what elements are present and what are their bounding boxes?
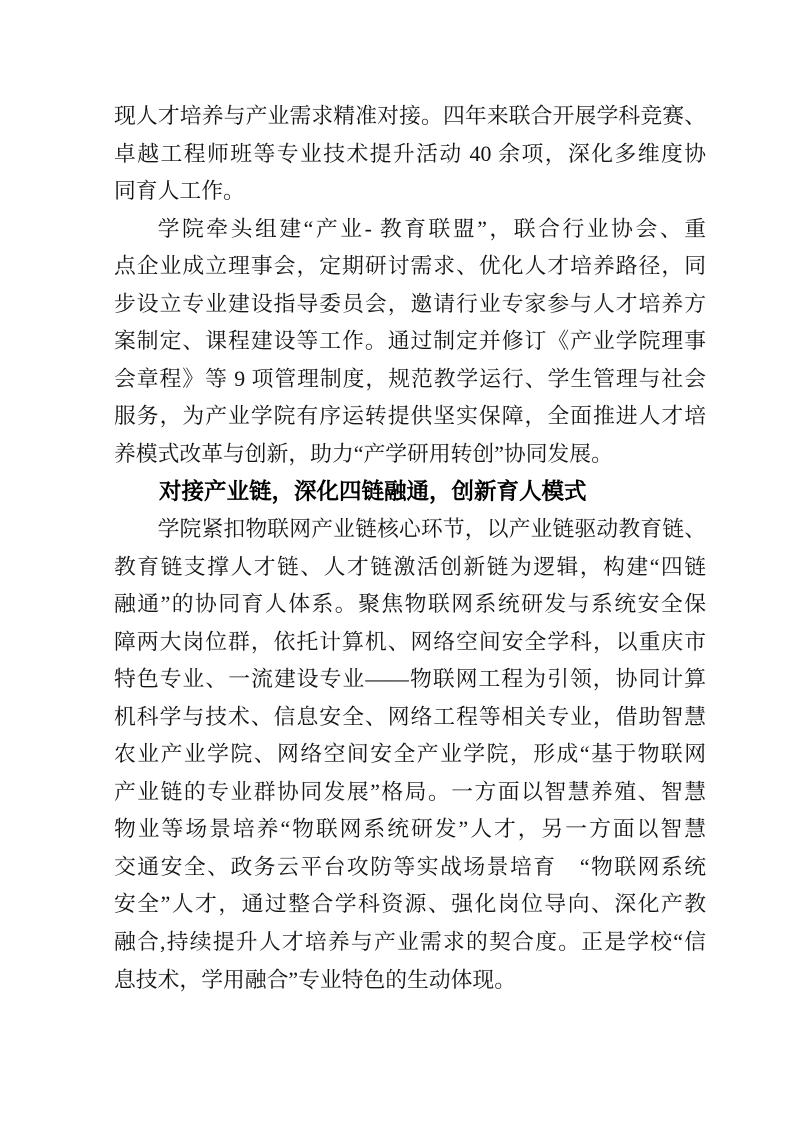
text-line: 机科学与技术、信息安全、网络工程等相关专业，借助智慧 <box>114 699 706 737</box>
text-line: 学院紧扣物联网产业链核心环节，以产业链驱动教育链、 <box>114 511 706 549</box>
paragraph-2: 学院牵头组建“产业- 教育联盟”，联合行业协会、重 点企业成立理事会，定期研讨需… <box>114 211 706 474</box>
text-line: 融通”的协同育人体系。聚焦物联网系统研发与系统安全保 <box>114 586 706 624</box>
text-line: 教育链支撑人才链、人才链激活创新链为逻辑，构建“四链 <box>114 549 706 587</box>
text-line: 服务，为产业学院有序运转提供坚实保障，全面推进人才培 <box>114 398 706 436</box>
text-line: 点企业成立理事会，定期研讨需求、优化人才培养路径，同 <box>114 248 706 286</box>
text-line: 卓越工程师班等专业技术提升活动 40 余项，深化多维度协 <box>114 136 706 174</box>
text-line: 步设立专业建设指导委员会，邀请行业专家参与人才培养方 <box>114 286 706 324</box>
text-line: 同育人工作。 <box>114 173 706 211</box>
text-line: 现人才培养与产业需求精准对接。四年来联合开展学科竞赛、 <box>114 98 706 136</box>
paragraph-1: 现人才培养与产业需求精准对接。四年来联合开展学科竞赛、 卓越工程师班等专业技术提… <box>114 98 706 211</box>
text-line: 特色专业、一流建设专业——物联网工程为引领，协同计算 <box>114 661 706 699</box>
text-line: 安全”人才，通过整合学科资源、强化岗位导向、深化产教 <box>114 886 706 924</box>
text-line: 融合,持续提升人才培养与产业需求的契合度。正是学校“信 <box>114 924 706 962</box>
text-line: 案制定、课程建设等工作。通过制定并修订《产业学院理事 <box>114 323 706 361</box>
text-line: 产业链的专业群协同发展”格局。一方面以智慧养殖、智慧 <box>114 774 706 812</box>
text-line: 物业等场景培养“物联网系统研发”人才，另一方面以智慧 <box>114 811 706 849</box>
text-line: 息技术，学用融合”专业特色的生动体现。 <box>114 962 706 1000</box>
paragraph-3: 学院紧扣物联网产业链核心环节，以产业链驱动教育链、 教育链支撑人才链、人才链激活… <box>114 511 706 999</box>
text-line: 养模式改革与创新，助力“产学研用转创”协同发展。 <box>114 436 706 474</box>
section-heading: 对接产业链，深化四链融通，创新育人模式 <box>114 473 706 511</box>
text-block: 现人才培养与产业需求精准对接。四年来联合开展学科竞赛、 卓越工程师班等专业技术提… <box>114 98 706 999</box>
text-line: 交通安全、政务云平台攻防等实战场景培育 “物联网系统 <box>114 849 706 887</box>
text-line: 会章程》等 9 项管理制度，规范教学运行、学生管理与社会 <box>114 361 706 399</box>
text-line: 障两大岗位群，依托计算机、网络空间安全学科，以重庆市 <box>114 624 706 662</box>
document-page: 现人才培养与产业需求精准对接。四年来联合开展学科竞赛、 卓越工程师班等专业技术提… <box>0 0 793 1122</box>
text-line: 农业产业学院、网络空间安全产业学院，形成“基于物联网 <box>114 736 706 774</box>
text-line: 学院牵头组建“产业- 教育联盟”，联合行业协会、重 <box>114 211 706 249</box>
